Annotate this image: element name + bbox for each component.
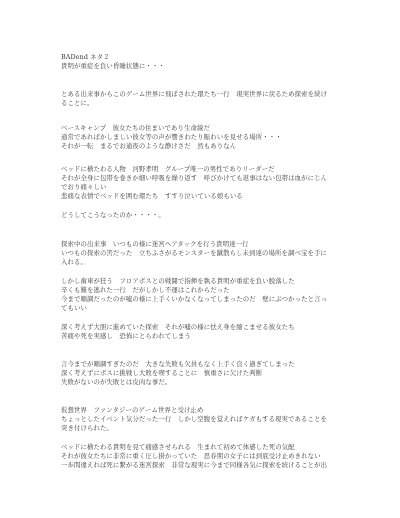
text-line: ベースキャンプ 彼女たちの住まいであり生命線だ — [61, 124, 361, 133]
document-header: BADend ネタ２ 貴明が重症を負い昏睡状態に・・・ — [61, 53, 361, 71]
text-line: 仮想世界 ファンタジーのゲーム世界と受け止め — [61, 406, 361, 415]
paragraph-bed: ベッドに横たわる人物 河野孝明 グループ唯一の男性でありリーダーだ それが全身に… — [61, 165, 361, 201]
text-line: 一歩間違えれば死に繋がる迷宮探索 非常な現実に今まで同様各気に探索を続けることが… — [61, 461, 361, 470]
text-line: ちょっとしたイベント気分だった一行 しかし空腹を覚えればケガもする現実であること… — [61, 415, 361, 424]
paragraph-exploration: 探索中の出来事 いつもの様に迷宮へアタックを行う貴明達一行 いつもの探索の筈だっ… — [61, 240, 361, 267]
paragraph-intro: とある出来事からこのゲーム世界に飛ばされた環たち一行 現実世界に戻るため探索を続… — [61, 90, 361, 108]
text-line: それが彼女たちに非常に重く圧し掛かっていた 思春期の女子には到底受け止めきれない — [61, 452, 361, 461]
document-title: BADend ネタ２ — [61, 53, 361, 62]
text-line: 深く考えずにボスに挑戦し大敗を喫することに 慎重さに欠けた判断 — [61, 369, 361, 378]
text-line: 苦痛や死を実感し 恐怖にとらわれてしまう — [61, 332, 361, 341]
text-line: とある出来事からこのゲーム世界に飛ばされた環たち一行 現実世界に戻るため探索を続… — [61, 90, 361, 99]
paragraph-failure: 言今までが順調すぎたのだ 大きな失敗も欠員もなく上手く良く過ぎてしまった 深く考… — [61, 360, 361, 387]
text-line: それが一転 まるでお通夜のような静けさだ 然もありなん — [61, 142, 361, 151]
text-line: 深く考えず大胆に進めていた探索 それが嘘の様に怯え身を縮こませる彼女たち — [61, 323, 361, 332]
paragraph-basecamp: ベースキャンプ 彼女たちの住まいであり生命線だ 通常であればかしましい彼女等の声… — [61, 124, 361, 151]
text-line: 探索中の出来事 いつもの様に迷宮へアタックを行う貴明達一行 — [61, 240, 361, 249]
document-page: BADend ネタ２ 貴明が重症を負い昏睡状態に・・・ とある出来事からこのゲー… — [61, 53, 361, 484]
text-line: 悲痛な表情でベッドを囲む環たち すすり泣いている娘もいる — [61, 192, 361, 201]
text-line: ベッドに横たわる貴明を見て痛感させられる 生まれて初めて体感した死の気配 — [61, 443, 361, 452]
text-line: しかし歯車が狂う フロアボスとの戦闘で指揮を執る貴明が重症を負い脱落した — [61, 277, 361, 286]
text-line: 突き付けられた。 — [61, 424, 361, 433]
text-line: 辛くも難を逃れた一行 だがしかし不運はこれからだった — [61, 286, 361, 295]
text-line: 言今までが順調すぎたのだ 大きな失敗も欠員もなく上手く良く過ぎてしまった — [61, 360, 361, 369]
text-line: ベッドに横たわる人物 河野孝明 グループ唯一の男性でありリーダーだ — [61, 165, 361, 174]
paragraph-fear: 深く考えず大胆に進めていた探索 それが嘘の様に怯え身を縮こませる彼女たち 苦痛や… — [61, 323, 361, 341]
text-line: てもいい — [61, 304, 361, 313]
text-line: でおり痛々しい — [61, 183, 361, 192]
text-line: それが全身に包帯を巻きか細い呼吸を繰り返す 呼びかけても返事はない包帯は血がにじ… — [61, 174, 361, 183]
document-subtitle: 貴明が重症を負い昏睡状態に・・・ — [61, 62, 361, 71]
text-line: ることに。 — [61, 99, 361, 108]
text-line: 失敗がないのが失敗とは皮肉な事だ。 — [61, 378, 361, 387]
text-line: 通常であればかしましい彼女等の声が響きわたり賑わいを見せる場所・・・ — [61, 133, 361, 142]
text-line: いつもの探索の筈だった 立ちふさがるモンスターを蹴散らし未到達の場所を調べ宝を手… — [61, 249, 361, 258]
text-line: どうしてこうなったのか・・・・。 — [61, 211, 361, 220]
text-line: 入れる。 — [61, 258, 361, 267]
paragraph-virtual-world: 仮想世界 ファンタジーのゲーム世界と受け止め ちょっとしたイベント気分だった一行… — [61, 406, 361, 433]
paragraph-question: どうしてこうなったのか・・・・。 — [61, 211, 361, 220]
text-line: 今まで順調だったのが嘘の様に上手くいかなくなってしまったのだ 壁にぶつかったと言… — [61, 295, 361, 304]
paragraph-gears: しかし歯車が狂う フロアボスとの戦闘で指揮を執る貴明が重症を負い脱落した 辛くも… — [61, 277, 361, 313]
paragraph-death: ベッドに横たわる貴明を見て痛感させられる 生まれて初めて体感した死の気配 それが… — [61, 443, 361, 470]
